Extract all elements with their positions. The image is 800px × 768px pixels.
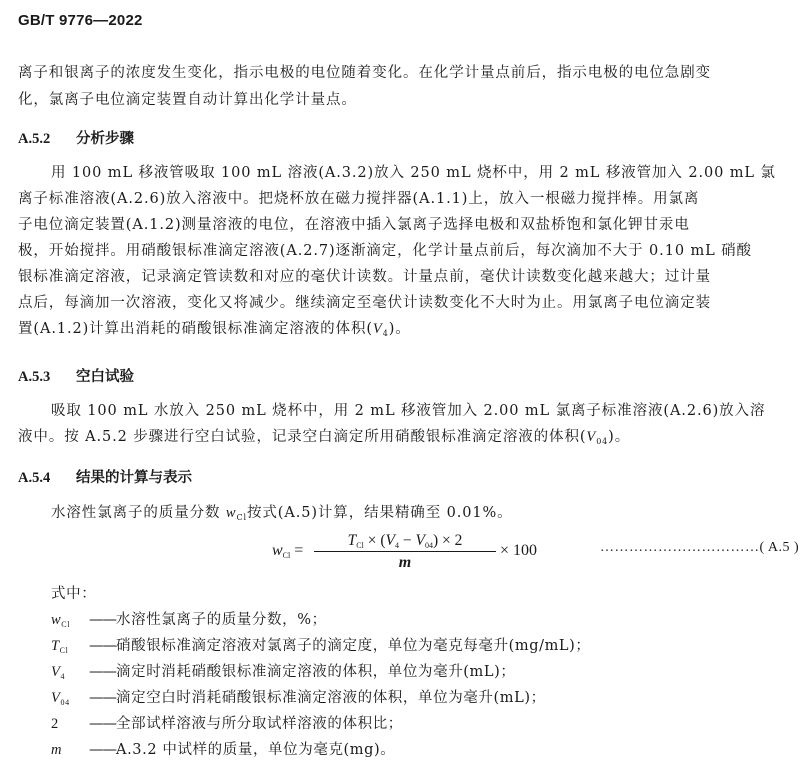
definition-item: wCl——水溶性氯离子的质量分数，%； <box>51 610 327 635</box>
standard-code: GB/T 9776—2022 <box>18 12 143 29</box>
paragraph-line: 点后，每滴加一次溶液，变化又将减少。继续滴定至毫伏计读数变化不大时为止。用氯离子… <box>18 293 711 313</box>
paragraph-line-last: 液中。按 A.5.2 步骤进行空白试验，记录空白滴定所用硝酸银标准滴定溶液的体积… <box>18 427 630 452</box>
variable: w <box>226 505 237 521</box>
subscript: Cl <box>237 513 247 522</box>
text: )。 <box>389 321 411 337</box>
definition-text: 滴定时消耗硝酸银标准滴定溶液的体积，单位为毫升(mL)； <box>116 664 516 680</box>
dash: —— <box>89 638 116 654</box>
dash: —— <box>89 664 116 680</box>
fraction: TCl × (V4 − V04) × 2 m <box>314 532 496 572</box>
subscript: Cl <box>356 541 364 550</box>
text: 按式(A.5)计算，结果精确至 0.01%。 <box>247 505 513 521</box>
definition-text: 滴定空白时消耗硝酸银标准滴定溶液的体积，单位为毫升(mL)； <box>116 690 546 706</box>
paragraph-line: 吸取 100 mL 水放入 250 mL 烧杯中，用 2 mL 移液管加入 2.… <box>51 401 765 421</box>
definition-item: TCl——硝酸银标准滴定溶液对氯离子的滴定度，单位为毫克每毫升(mg/mL)； <box>51 636 591 661</box>
section-title: 结果的计算与表示 <box>76 470 192 486</box>
equation-number: ……………………………( A.5 ) <box>600 540 799 556</box>
section-title: 空白试验 <box>76 369 134 385</box>
definition-text: A.3.2 中试样的质量，单位为毫克(mg)。 <box>116 742 395 758</box>
symbol: m <box>51 742 62 758</box>
section-number: A.5.2 <box>18 131 76 148</box>
definition-item: V4——滴定时消耗硝酸银标准滴定溶液的体积，单位为毫升(mL)； <box>51 662 516 687</box>
section-heading-a52: A.5.2分析步骤 <box>18 127 134 148</box>
intro-line-2: 化，氯离子电位滴定装置自动计算出化学计量点。 <box>18 90 357 110</box>
text: 置(A.1.2)计算出消耗的硝酸银标准滴定溶液的体积( <box>18 321 373 337</box>
paragraph-line: 银标准滴定溶液，记录滴定管读数和对应的毫伏计读数。计量点前，毫伏计读数变化越来越… <box>18 267 711 287</box>
definition-text: 硝酸银标准滴定溶液对氯离子的滴定度，单位为毫克每毫升(mg/mL)； <box>116 638 591 654</box>
denominator: m <box>314 554 496 572</box>
subscript: 04 <box>425 541 433 550</box>
text: 液中。按 A.5.2 步骤进行空白试验，记录空白滴定所用硝酸银标准滴定溶液的体积… <box>18 429 586 445</box>
variable: V <box>386 532 395 549</box>
section-heading-a53: A.5.3空白试验 <box>18 365 134 386</box>
variable: V <box>586 429 596 445</box>
leader-dots: …………………………… <box>600 540 760 555</box>
paragraph-line: 离子标准溶液(A.2.6)放入溶液中。把烧杯放在磁力搅拌器(A.1.1)上，放入… <box>18 189 699 209</box>
text: )。 <box>608 429 630 445</box>
dash: —— <box>89 716 116 732</box>
formula-intro: 水溶性氯离子的质量分数 wCl按式(A.5)计算，结果精确至 0.01%。 <box>51 503 513 528</box>
symbol: w <box>51 612 61 628</box>
equals-sign: = <box>294 542 303 559</box>
definition-text: 全部试样溶液与所分取试样溶液的体积比； <box>116 716 403 732</box>
section-title: 分析步骤 <box>76 131 134 147</box>
variable: T <box>348 532 357 549</box>
intro-line-1: 离子和银离子的浓度发生变化，指示电极的电位随着变化。在化学计量点前后，指示电极的… <box>18 63 711 83</box>
subscript: 04 <box>596 437 608 446</box>
equation-label: ( A.5 ) <box>760 540 800 555</box>
paragraph-line: 用 100 mL 移液管吸取 100 mL 溶液(A.3.2)放入 250 mL… <box>51 163 776 183</box>
variable: w <box>272 542 283 559</box>
symbol: 2 <box>51 716 59 732</box>
paragraph-line-last: 置(A.1.2)计算出消耗的硝酸银标准滴定溶液的体积(V4)。 <box>18 319 411 344</box>
section-number: A.5.4 <box>18 470 76 487</box>
symbol: T <box>51 638 60 654</box>
dash: —— <box>89 742 116 758</box>
definition-item: m——A.3.2 中试样的质量，单位为毫克(mg)。 <box>51 740 395 760</box>
document-page: GB/T 9776—2022 离子和银离子的浓度发生变化，指示电极的电位随着变化… <box>0 0 800 768</box>
section-number: A.5.3 <box>18 369 76 386</box>
multiplier: × 100 <box>500 542 537 560</box>
operator: − <box>399 532 416 549</box>
where-label: 式中： <box>51 584 96 604</box>
text: 水溶性氯离子的质量分数 <box>51 505 226 521</box>
variable: V <box>373 321 383 337</box>
fraction-bar <box>314 551 496 552</box>
subscript: Cl <box>60 646 69 655</box>
dash: —— <box>89 612 116 628</box>
subscript: Cl <box>61 620 70 629</box>
equation-lhs: wCl = <box>272 542 303 560</box>
paragraph-line: 子电位滴定装置(A.1.2)测量溶液的电位，在溶液中插入氯离子选择电极和双盐桥饱… <box>18 215 690 235</box>
variable: V <box>415 532 424 549</box>
section-heading-a54: A.5.4结果的计算与表示 <box>18 466 192 487</box>
operator: ) × 2 <box>433 532 462 549</box>
subscript: 4 <box>60 672 65 681</box>
numerator: TCl × (V4 − V04) × 2 <box>314 532 496 550</box>
subscript: 04 <box>60 698 69 707</box>
definition-item: 2——全部试样溶液与所分取试样溶液的体积比； <box>51 714 403 734</box>
paragraph-line: 极，开始搅拌。用硝酸银标准滴定溶液(A.2.7)逐渐滴定，化学计量点前后，每次滴… <box>18 241 752 261</box>
dash: —— <box>89 690 116 706</box>
subscript: Cl <box>283 551 291 560</box>
definition-item: V04——滴定空白时消耗硝酸银标准滴定溶液的体积，单位为毫升(mL)； <box>51 688 546 713</box>
definition-text: 水溶性氯离子的质量分数，%； <box>116 612 327 628</box>
operator: × ( <box>364 532 386 549</box>
